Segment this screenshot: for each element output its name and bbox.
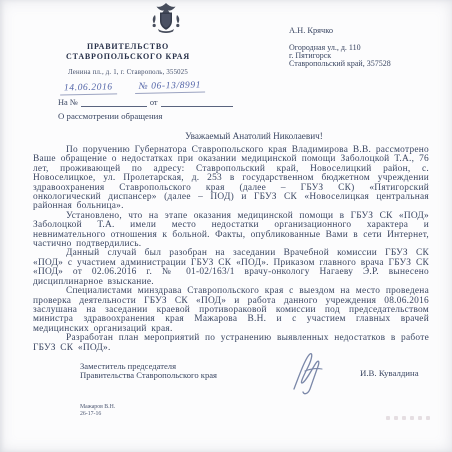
scanned-letter-page: ПРАВИТЕЛЬСТВО СТАВРОПОЛЬСКОГО КРАЯ Ленин… — [0, 0, 452, 452]
signer-position-line2: Правительства Ставропольского края — [80, 371, 217, 380]
body-paragraph: По поручению Губернатора Ставропольского… — [33, 146, 429, 212]
body-paragraph: Разработан план мероприятий по устранени… — [33, 334, 429, 353]
executor-phone: 26-17-16 — [80, 411, 115, 418]
executor-name: Мажаров В.Н. — [80, 404, 115, 411]
body-paragraph: Установлено, что на этапе оказания медиц… — [33, 212, 429, 250]
handwritten-number: № 06-13/8991 — [135, 80, 206, 93]
salutation: Уважаемый Анатолий Николаевич! — [33, 131, 429, 141]
reply-from-label: от — [150, 98, 158, 107]
org-name-line2: СТАВРОПОЛЬСКОГО КРАЯ — [32, 52, 224, 62]
recipient-name: А.Н. Крячко — [289, 27, 391, 35]
reply-number-blank — [81, 98, 147, 107]
org-name-line1: ПРАВИТЕЛЬСТВО — [32, 42, 224, 52]
handwritten-reference-line: 14.06.2016 № 06-13/8991 — [60, 80, 205, 95]
reply-date-blank — [161, 98, 233, 107]
recipient-block: А.Н. Крячко Огородная ул., д. 110 г. Пят… — [289, 27, 391, 68]
handwritten-date: 14.06.2016 — [60, 82, 117, 95]
letterhead-org-name: ПРАВИТЕЛЬСТВО СТАВРОПОЛЬСКОГО КРАЯ — [32, 42, 224, 62]
signer-name: И.В. Кувалдина — [360, 368, 419, 378]
recipient-address-line3: Ставропольский край, 357528 — [289, 60, 391, 68]
reply-prefix-label: На № — [58, 98, 78, 107]
letterhead-address: Ленина пл., д. 1, г. Ставрополь, 355025 — [32, 69, 224, 76]
executor-block: Мажаров В.Н. 26-17-16 — [80, 404, 115, 417]
letter-body: По поручению Губернатора Ставропольского… — [33, 146, 429, 353]
handwritten-signature-icon — [286, 349, 330, 397]
reply-reference-line: На № от — [58, 98, 233, 107]
scan-artifact — [386, 416, 430, 420]
stavropol-coat-of-arms-icon — [148, 3, 184, 34]
body-paragraph: Специалистами минздрава Ставропольского … — [33, 287, 429, 334]
body-paragraph: Данный случай был разобран на заседании … — [33, 249, 429, 287]
signer-position: Заместитель председателя Правительства С… — [80, 362, 217, 380]
letter-subject: О рассмотрении обращения — [58, 111, 162, 121]
